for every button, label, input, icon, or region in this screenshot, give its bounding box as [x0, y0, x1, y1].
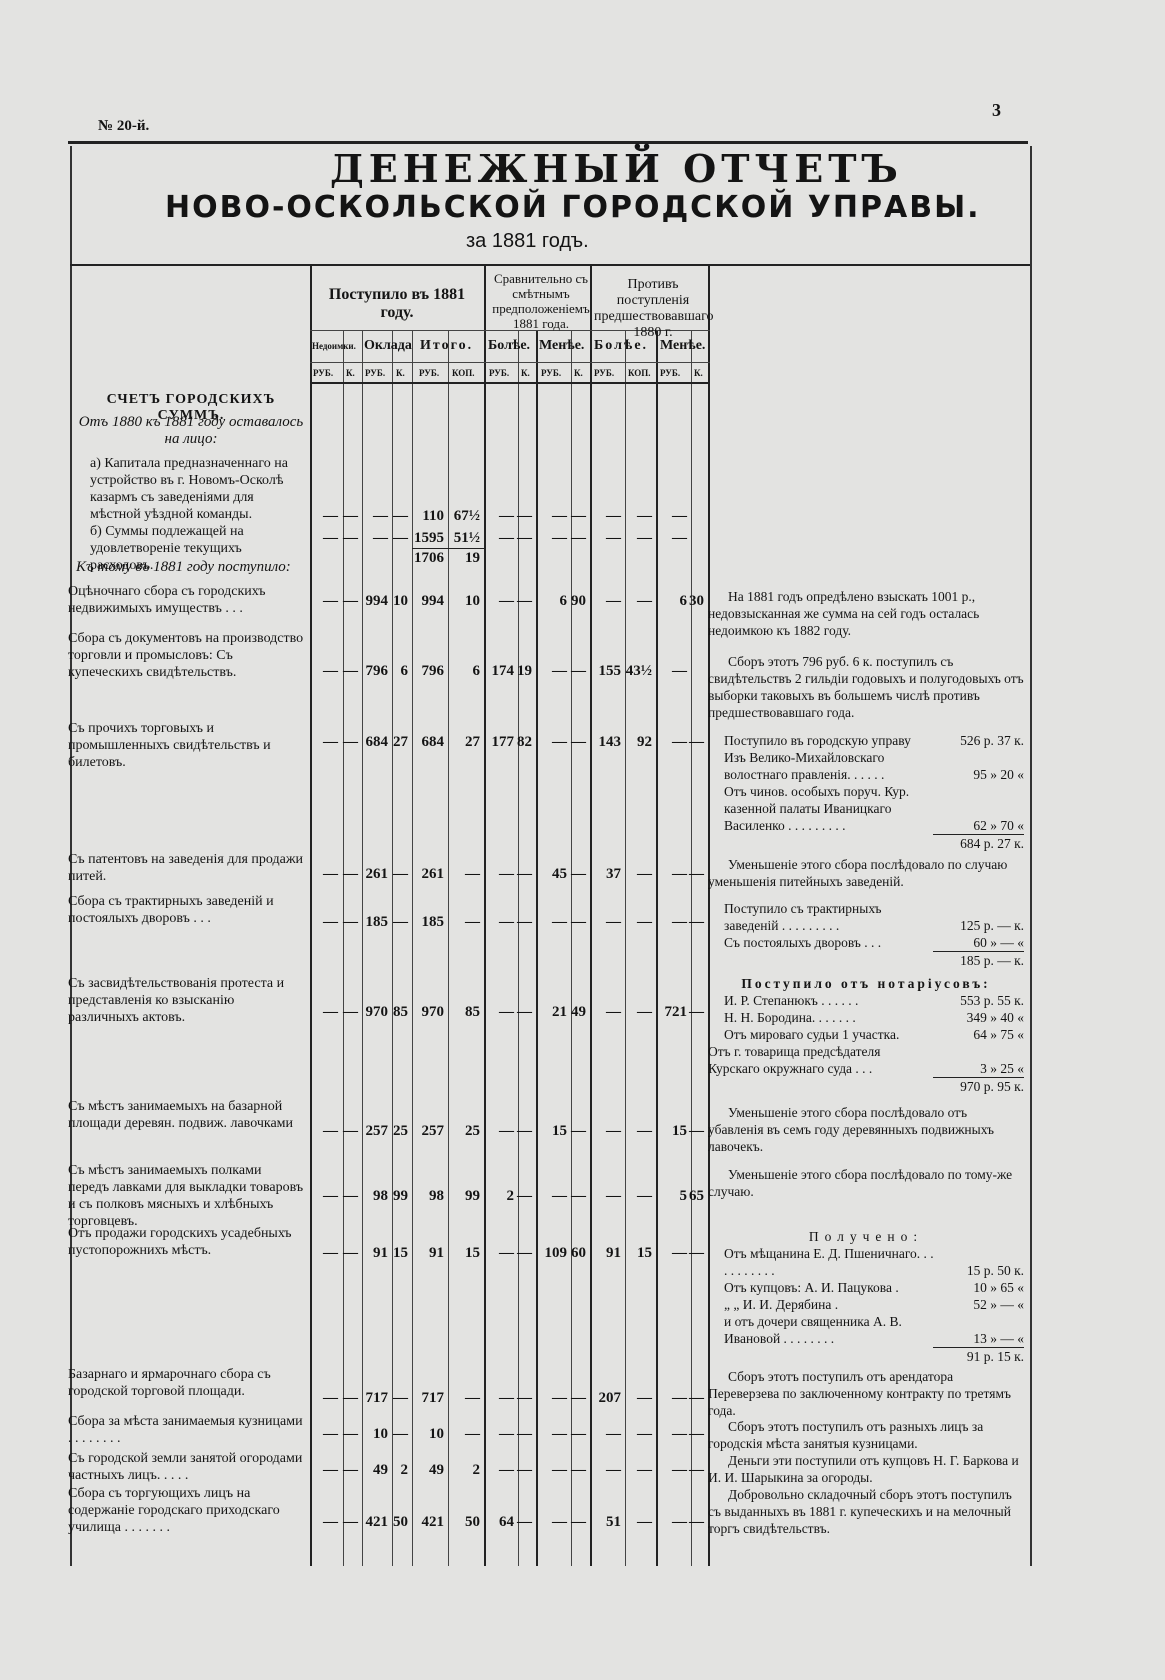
table-cell: 99 — [370, 1188, 408, 1205]
table-cell: — — [442, 1426, 480, 1443]
table-cell: 51½ — [442, 530, 480, 547]
table-cell: 92 — [614, 734, 652, 751]
note-4: Уменьшеніе этого сбора послѣдовало по сл… — [708, 856, 1024, 890]
table-top-rule — [70, 264, 1030, 266]
row-label: Съ мѣстъ занимаемыхъ на базарной площади… — [68, 1098, 306, 1132]
table-cell: — — [548, 734, 586, 751]
table-cell: — — [666, 914, 704, 931]
table-cell: — — [548, 1123, 586, 1140]
table-cell: — — [649, 663, 687, 680]
table-cell: 6 — [442, 663, 480, 680]
table-cell: 25 — [370, 1123, 408, 1140]
note-3: Поступило въ городскую управу526 р. 37 к… — [708, 732, 1024, 852]
table-cell: — — [649, 530, 687, 547]
table-cell: — — [614, 530, 652, 547]
table-cell: 27 — [370, 734, 408, 751]
row-label: Сбора съ документовъ на производство тор… — [68, 630, 306, 681]
table-cell: — — [494, 1390, 532, 1407]
table-cell: — — [666, 1004, 704, 1021]
header-compare-prev: Противъ поступленія предшествовавшаго 18… — [594, 277, 712, 341]
table-cell: — — [614, 1390, 652, 1407]
table-cell: 91 — [406, 1245, 444, 1262]
table-cell: 82 — [494, 734, 532, 751]
table-cell: — — [666, 1426, 704, 1443]
table-cell: — — [494, 1004, 532, 1021]
table-cell: 994 — [406, 593, 444, 610]
table-cell: — — [666, 1514, 704, 1531]
header-assessed: Оклада — [364, 338, 412, 354]
table-cell: — — [614, 1004, 652, 1021]
subtotal-rule — [412, 548, 484, 549]
table-cell: — — [666, 1462, 704, 1479]
note-8: Уменьшеніе этого сбора послѣдовало по то… — [708, 1166, 1024, 1200]
note-11: Сборъ этотъ поступилъ отъ разныхъ лицъ з… — [708, 1418, 1024, 1452]
row-label: Сбора съ трактирныхъ заведеній и постоял… — [68, 893, 306, 927]
note-9: Получено: Отъ мѣщанина Е. Д. Пшеничнаго.… — [708, 1228, 1024, 1365]
table-cell: 19 — [442, 550, 480, 567]
table-cell: 43½ — [614, 663, 652, 680]
table-cell: — — [548, 1462, 586, 1479]
row-label: Базарнаго и ярмарочнаго сбора съ городск… — [68, 1366, 306, 1400]
row-label: Съ городской земли занятой огородами час… — [68, 1450, 306, 1484]
table-cell: 90 — [548, 593, 586, 610]
header-less-prev: Менѣе. — [660, 338, 705, 354]
table-cell: — — [370, 530, 408, 547]
table-cell: 85 — [442, 1004, 480, 1021]
row-label: Съ патентовъ на заведенія для продажи пи… — [68, 851, 306, 885]
table-cell: 421 — [406, 1514, 444, 1531]
table-cell: — — [666, 1123, 704, 1140]
table-cell: 65 — [666, 1188, 704, 1205]
header-less: Менѣе. — [539, 338, 584, 354]
table-cell: 261 — [406, 866, 444, 883]
table-cell: — — [548, 1188, 586, 1205]
table-cell: — — [494, 508, 532, 525]
table-cell: — — [548, 1390, 586, 1407]
table-cell: — — [614, 1188, 652, 1205]
table-cell: 15 — [442, 1245, 480, 1262]
table-cell: 10 — [406, 1426, 444, 1443]
note-12: Деньги эти поступили отъ купцовъ Н. Г. Б… — [708, 1452, 1024, 1486]
table-cell: — — [370, 1390, 408, 1407]
table-cell: — — [666, 1390, 704, 1407]
table-cell: 25 — [442, 1123, 480, 1140]
table-cell: 10 — [442, 593, 480, 610]
table-cell: 19 — [494, 663, 532, 680]
table-cell: — — [614, 1123, 652, 1140]
table-cell: 49 — [406, 1462, 444, 1479]
table-cell: 27 — [442, 734, 480, 751]
table-cell: — — [548, 663, 586, 680]
table-cell: 15 — [614, 1245, 652, 1262]
note-1: На 1881 годъ опредѣлено взыскать 1001 р.… — [708, 588, 1024, 639]
table-cell: 50 — [370, 1514, 408, 1531]
report-year: за 1881 годъ. — [466, 230, 589, 253]
table-cell: — — [442, 1390, 480, 1407]
note-7: Уменьшеніе этого сбора послѣдовало отъ у… — [708, 1104, 1024, 1155]
remainder-heading: Отъ 1880 къ 1881 году оставалось на лицо… — [76, 414, 306, 448]
table-cell: — — [548, 914, 586, 931]
table-cell: 99 — [442, 1188, 480, 1205]
table-cell: — — [666, 866, 704, 883]
row-label: Сбора съ торгующихъ лицъ на содержаніе г… — [68, 1485, 306, 1536]
table-cell: 60 — [548, 1245, 586, 1262]
issue-number: № 20-й. — [98, 118, 149, 135]
table-cell: 257 — [406, 1123, 444, 1140]
row-label: Сбора за мѣста занимаемыя кузницами . . … — [68, 1413, 306, 1447]
row-label: Съ мѣстъ занимаемыхъ полками передъ лавк… — [68, 1162, 306, 1230]
table-cell: — — [614, 1514, 652, 1531]
table-cell: 6 — [370, 663, 408, 680]
table-cell: — — [442, 914, 480, 931]
header-more: Болѣе. — [488, 338, 530, 354]
header-arrears: Недоимки. — [312, 341, 356, 351]
table-cell: — — [494, 1123, 532, 1140]
table-cell: — — [494, 914, 532, 931]
table-cell: — — [370, 1426, 408, 1443]
page-number: 3 — [992, 100, 1001, 121]
table-cell: — — [494, 1462, 532, 1479]
table-cell: 98 — [406, 1188, 444, 1205]
table-cell: 30 — [666, 593, 704, 610]
table-cell: — — [494, 866, 532, 883]
table-cell: — — [494, 1188, 532, 1205]
table-cell: 970 — [406, 1004, 444, 1021]
table-cell: 110 — [406, 508, 444, 525]
note-5: Поступило съ трактирныхъ заведеній . . .… — [708, 900, 1024, 969]
header-total: Итого. — [420, 338, 473, 354]
table-cell: 1595 — [406, 530, 444, 547]
table-cell: — — [548, 1426, 586, 1443]
table-cell: — — [614, 593, 652, 610]
table-cell: — — [494, 593, 532, 610]
note-2: Сборъ этотъ 796 руб. 6 к. поступилъ съ с… — [708, 653, 1024, 721]
table-cell: 49 — [548, 1004, 586, 1021]
note-6: Поступило отъ нотаріусовъ: И. Р. Степаню… — [708, 975, 1024, 1095]
header-compare-estimate: Сравнительно съ смѣтнымъ предположеніемъ… — [486, 272, 596, 332]
table-cell: 185 — [406, 914, 444, 931]
header-received: Поступило въ 1881 году. — [312, 286, 482, 323]
table-cell: — — [614, 508, 652, 525]
table-cell: — — [494, 1426, 532, 1443]
report-title: ДЕНЕЖНЫЙ ОТЧЕТЪ — [330, 146, 903, 191]
table-cell: — — [614, 1462, 652, 1479]
row-label: а) Капитала предназначеннаго на устройст… — [90, 455, 306, 523]
table-cell: — — [548, 1514, 586, 1531]
row-label: Съ засвидѣтельствованія протеста и предс… — [68, 975, 306, 1026]
table-cell: — — [548, 866, 586, 883]
table-cell: — — [370, 914, 408, 931]
note-13: Добровольно складочный сборъ этотъ посту… — [708, 1486, 1024, 1537]
row-label: Отъ продажи городскихъ усадебныхъ пустоп… — [68, 1225, 306, 1259]
report-subtitle: НОВО-ОСКОЛЬСКОЙ ГОРОДСКОЙ УПРАВЫ. — [165, 190, 981, 225]
table-cell: — — [370, 508, 408, 525]
table-cell: — — [494, 1514, 532, 1531]
row-label: Оцѣночнаго сбора съ городскихъ недвижимы… — [68, 583, 306, 617]
table-cell: 796 — [406, 663, 444, 680]
table-cell: — — [666, 1245, 704, 1262]
table-cell: — — [548, 508, 586, 525]
received-heading: Къ тому въ 1881 году поступило: — [76, 559, 306, 576]
table-cell: — — [370, 866, 408, 883]
top-rule — [68, 141, 1028, 144]
table-cell: — — [494, 1245, 532, 1262]
table-cell: — — [442, 866, 480, 883]
table-cell: — — [548, 530, 586, 547]
table-cell: — — [649, 508, 687, 525]
note-10: Сборъ этотъ поступилъ отъ арендатора Пер… — [708, 1368, 1024, 1419]
table-cell: — — [614, 914, 652, 931]
header-more-prev: Болѣе. — [594, 338, 648, 354]
table-cell: 684 — [406, 734, 444, 751]
table-cell: 50 — [442, 1514, 480, 1531]
table-cell: 10 — [370, 593, 408, 610]
table-cell: 67½ — [442, 508, 480, 525]
table-cell: — — [494, 530, 532, 547]
table-cell: — — [614, 1426, 652, 1443]
table-cell: — — [614, 866, 652, 883]
table-cell: 2 — [370, 1462, 408, 1479]
row-label: Съ прочихъ торговыхъ и промышленныхъ сви… — [68, 720, 306, 771]
table-cell: 85 — [370, 1004, 408, 1021]
table-cell: — — [666, 734, 704, 751]
table-cell: 1706 — [406, 550, 444, 567]
table-cell: 717 — [406, 1390, 444, 1407]
table-cell: 2 — [442, 1462, 480, 1479]
table-cell: 15 — [370, 1245, 408, 1262]
